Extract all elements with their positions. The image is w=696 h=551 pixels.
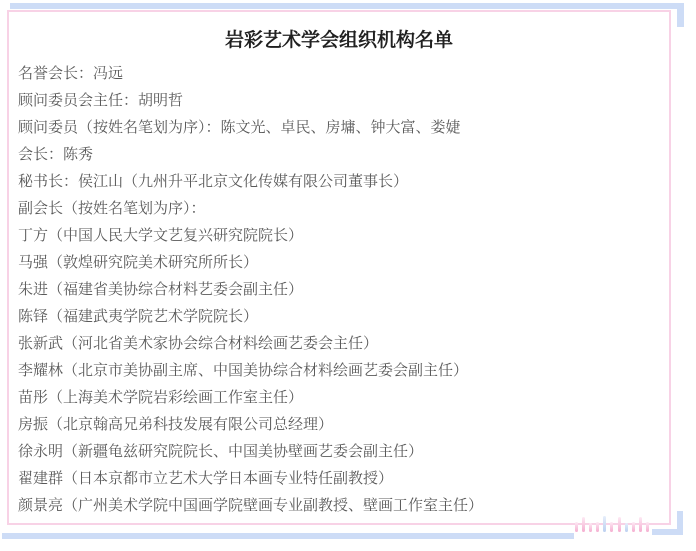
equalizer-bar <box>639 517 642 532</box>
equalizer-decoration <box>575 515 649 532</box>
equalizer-bar <box>596 522 599 532</box>
equalizer-bar <box>589 523 592 532</box>
equalizer-bar <box>575 522 578 532</box>
equalizer-bar <box>625 523 628 532</box>
member-line: 马强（敦煌研究院美术研究所所长） <box>18 249 660 276</box>
top-accent-line <box>10 3 684 9</box>
bottom-right-accent-horizontal <box>652 529 683 535</box>
member-line: 顾问委员（按姓名笔划为序）：陈文光、卓民、房墉、钟大富、娄婕 <box>18 114 660 141</box>
member-line: 名誉会长：冯远 <box>18 60 660 87</box>
member-line: 陈铎（福建武夷学院艺术学院院长） <box>18 303 660 330</box>
member-list: 名誉会长：冯远顾问委员会主任：胡明哲顾问委员（按姓名笔划为序）：陈文光、卓民、房… <box>18 60 660 519</box>
member-line: 苗彤（上海美术学院岩彩绘画工作室主任） <box>18 384 660 411</box>
member-line: 副会长（按姓名笔划为序）： <box>18 195 660 222</box>
member-line: 房振（北京翰高兄弟科技发展有限公司总经理） <box>18 411 660 438</box>
equalizer-bar <box>618 517 621 532</box>
equalizer-bar <box>603 516 606 532</box>
content-card: 岩彩艺术学会组织机构名单 名誉会长：冯远顾问委员会主任：胡明哲顾问委员（按姓名笔… <box>7 10 671 525</box>
member-line: 张新武（河北省美术家协会综合材料绘画艺委会主任） <box>18 330 660 357</box>
member-line: 丁方（中国人民大学文艺复兴研究院院长） <box>18 222 660 249</box>
member-line: 朱进（福建省美协综合材料艺委会副主任） <box>18 276 660 303</box>
bottom-accent-line <box>2 533 574 539</box>
member-line: 翟建群（日本京都市立艺术大学日本画专业特任副教授） <box>18 465 660 492</box>
page-background: 岩彩艺术学会组织机构名单 名誉会长：冯远顾问委员会主任：胡明哲顾问委员（按姓名笔… <box>0 0 696 551</box>
page-title: 岩彩艺术学会组织机构名单 <box>18 30 660 52</box>
member-line: 顾问委员会主任：胡明哲 <box>18 87 660 114</box>
member-line: 会长：陈秀 <box>18 141 660 168</box>
equalizer-bar <box>632 522 635 532</box>
member-line: 颜景亮（广州美术学院中国画学院壁画专业副教授、壁画工作室主任） <box>18 492 660 519</box>
member-line: 徐永明（新疆龟兹研究院院长、中国美协壁画艺委会副主任） <box>18 438 660 465</box>
equalizer-bar <box>582 517 585 532</box>
equalizer-bar <box>646 522 649 532</box>
equalizer-bar <box>610 522 613 532</box>
member-line: 秘书长：侯江山（九州升平北京文化传媒有限公司董事长） <box>18 168 660 195</box>
member-line: 李耀林（北京市美协副主席、中国美协综合材料绘画艺委会副主任） <box>18 357 660 384</box>
top-right-accent-tab <box>677 3 684 27</box>
